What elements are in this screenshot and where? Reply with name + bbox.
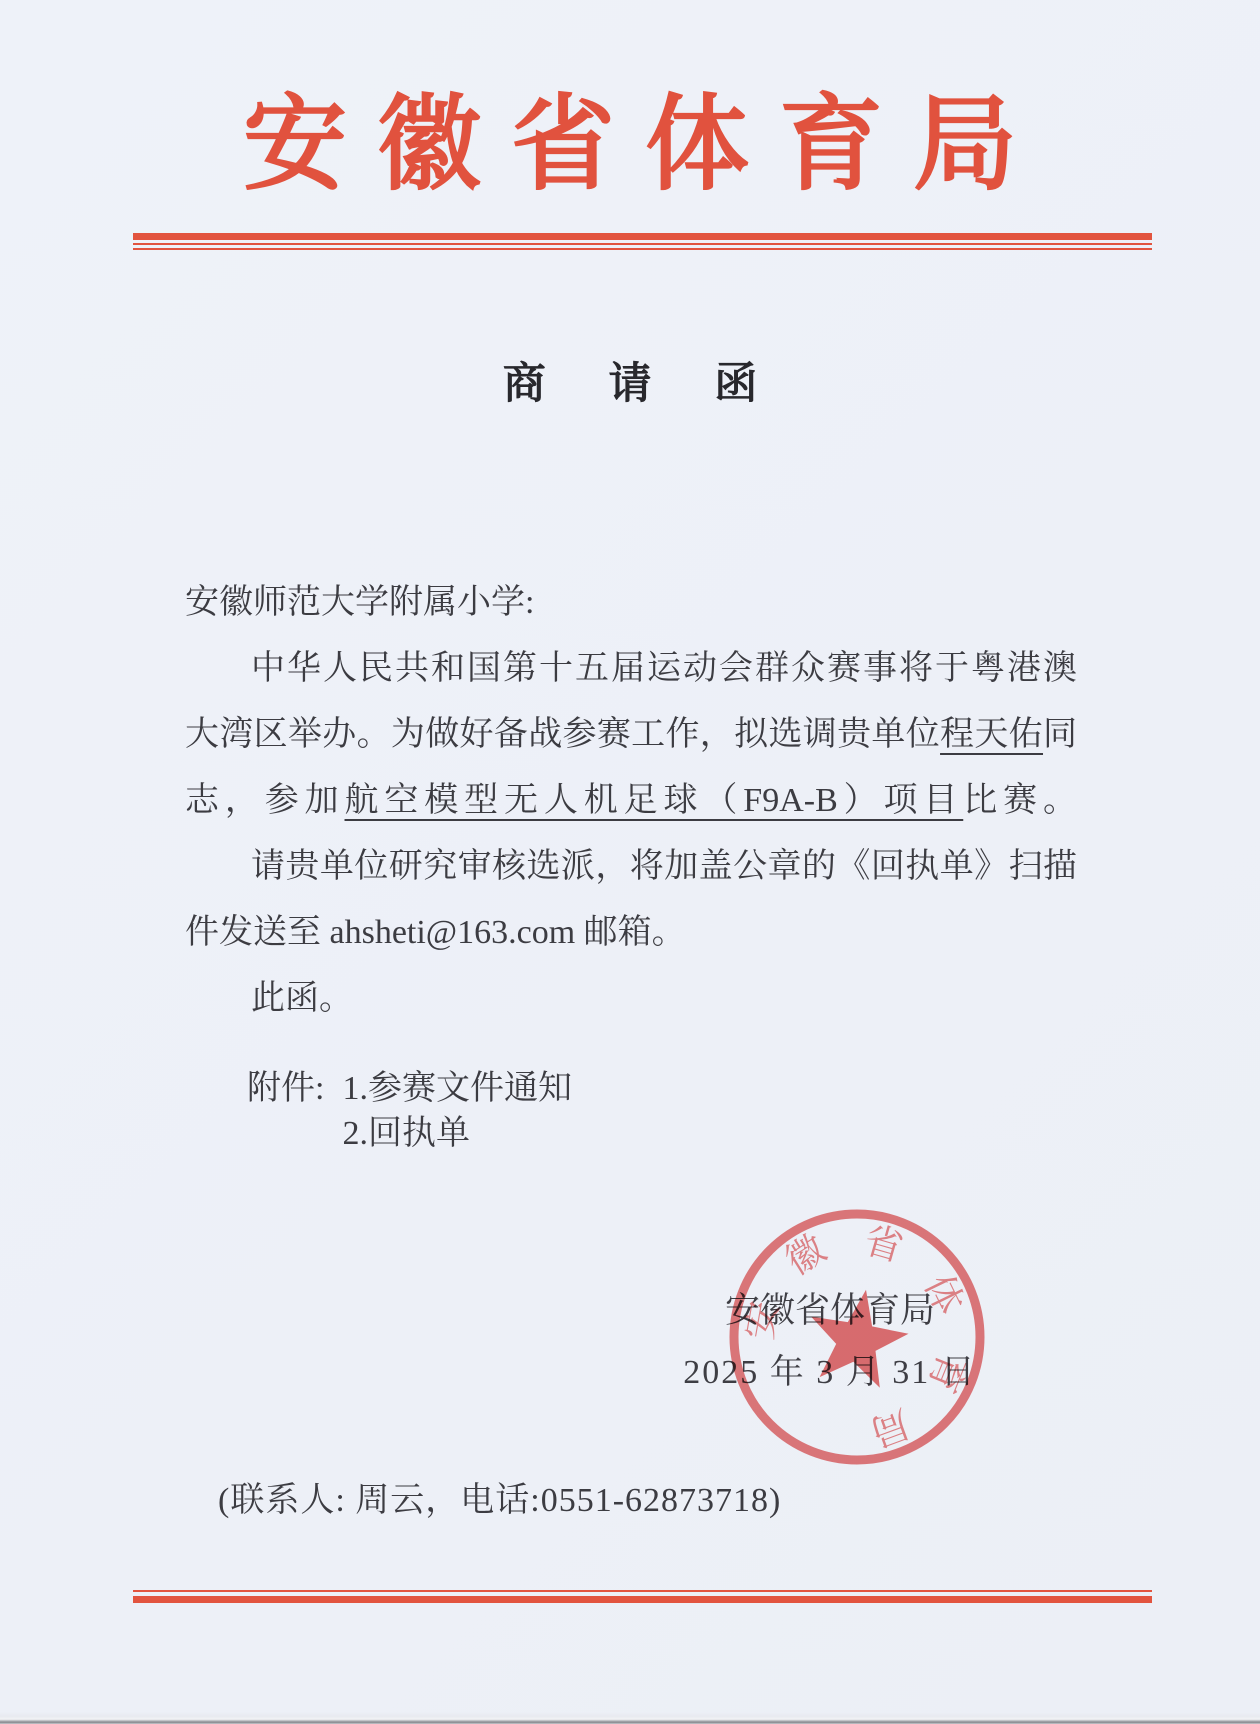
separator-thick-line xyxy=(133,1596,1152,1603)
seal-char: 徽 xyxy=(779,1228,833,1284)
body-line-closing: 此函。 xyxy=(185,966,1077,1032)
underlined-person-name: 程天佑 xyxy=(940,716,1043,753)
attachments-block: 附件: 1.参赛文件通知 2.回执单 xyxy=(247,1066,572,1156)
document-title: 商 请 函 xyxy=(0,350,1260,411)
body-line: 请贵单位研究审核选派，将加盖公章的《回执单》扫描 xyxy=(185,834,1077,900)
salutation: 安徽师范大学附属小学: xyxy=(185,570,1077,636)
scanned-letter-page: 安徽省体育局 商 请 函 安徽师范大学附属小学: 中华人民共和国第十五届运动会群… xyxy=(0,0,1260,1724)
footer-separator xyxy=(133,1590,1152,1603)
letterhead-org-name: 安徽省体育局 xyxy=(0,86,1260,206)
body-line: 大湾区举办。为做好备战参赛工作，拟选调贵单位程天佑同 xyxy=(185,702,1077,768)
letter-body: 安徽师范大学附属小学: 中华人民共和国第十五届运动会群众赛事将于粤港澳 大湾区举… xyxy=(185,570,1077,1032)
separator-thick-line xyxy=(133,233,1152,240)
attachments-list: 1.参赛文件通知 2.回执单 xyxy=(342,1066,572,1156)
body-line-email: 件发送至 ahsheti@163.com 邮箱。 xyxy=(185,900,1077,966)
body-line: 中华人民共和国第十五届运动会群众赛事将于粤港澳 xyxy=(185,636,1077,702)
body-text: 志，参加 xyxy=(185,782,345,819)
body-text: 比赛。 xyxy=(963,782,1077,819)
separator-thin-line xyxy=(133,248,1152,250)
attachment-item: 1.参赛文件通知 xyxy=(342,1066,572,1111)
letterhead-separator xyxy=(133,233,1152,250)
seal-char: 省 xyxy=(859,1219,907,1270)
signature-org: 安徽省体育局 xyxy=(655,1280,1005,1342)
attachments-label: 附件: xyxy=(247,1066,324,1156)
underlined-event-name: 航空模型无人机足球（F9A-B）项目 xyxy=(345,782,964,819)
separator-thin-line xyxy=(133,1590,1152,1592)
body-text: 大湾区举办。为做好备战参赛工作，拟选调贵单位 xyxy=(185,716,940,753)
signature-date: 2025 年 3 月 31 日 xyxy=(655,1342,1005,1404)
seal-char: 局 xyxy=(865,1401,915,1453)
separator-thin-line xyxy=(133,243,1152,245)
body-line: 志，参加航空模型无人机足球（F9A-B）项目比赛。 xyxy=(185,768,1077,834)
contact-line: (联系人: 周云，电话:0551-62873718) xyxy=(218,1478,781,1524)
body-text: 同 xyxy=(1043,716,1077,753)
attachment-item: 2.回执单 xyxy=(342,1111,572,1156)
signature-block: 安徽省体育局 2025 年 3 月 31 日 xyxy=(655,1280,1005,1404)
scan-bottom-edge xyxy=(0,1712,1260,1724)
